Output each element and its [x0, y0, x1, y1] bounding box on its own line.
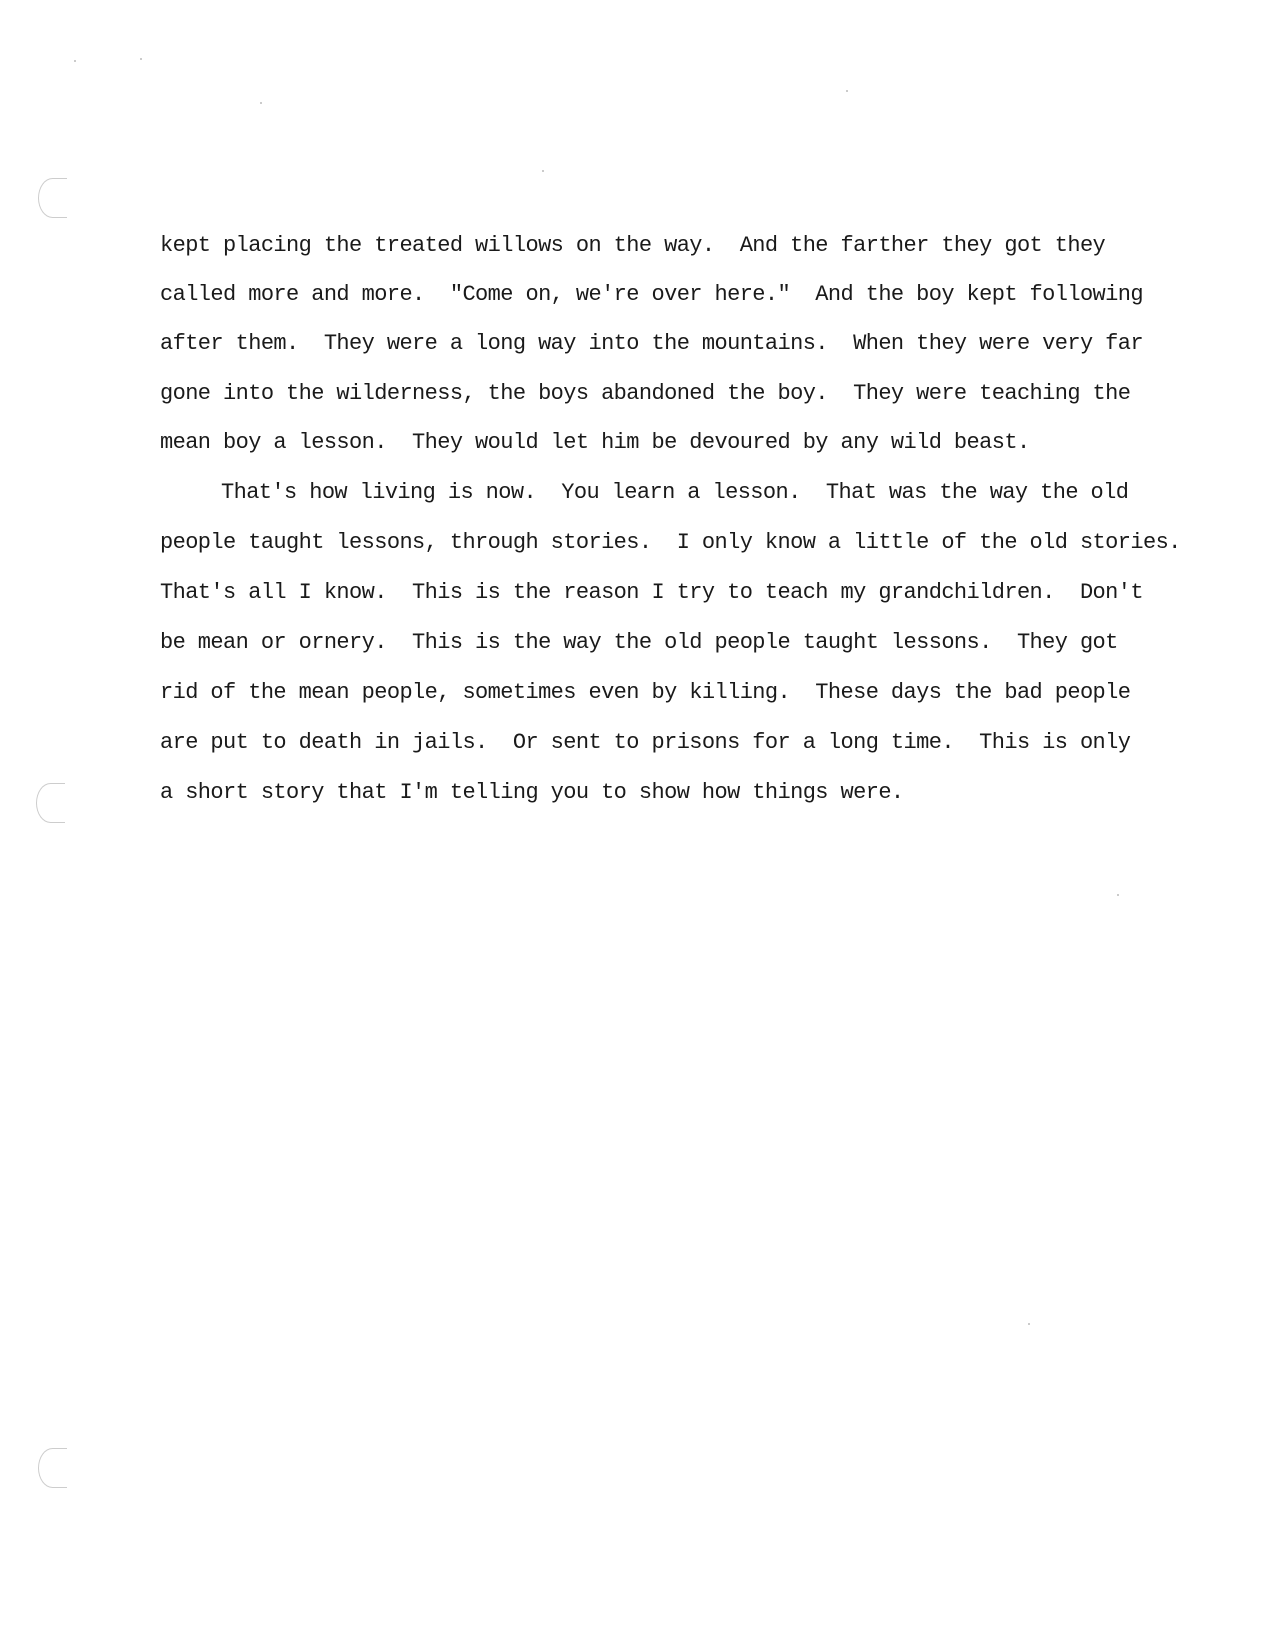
text-line: are put to death in jails. Or sent to pr… — [160, 730, 1130, 756]
text-line: kept placing the treated willows on the … — [160, 233, 1105, 259]
document-page: kept placing the treated willows on the … — [0, 0, 1275, 1650]
text-line: a short story that I'm telling you to sh… — [160, 780, 904, 806]
binder-hole-mark-middle — [36, 783, 65, 823]
scan-speck — [74, 60, 76, 62]
text-line: mean boy a lesson. They would let him be… — [160, 430, 1030, 456]
scan-speck — [260, 102, 262, 104]
text-line: people taught lessons, through stories. … — [160, 530, 1181, 556]
text-line: after them. They were a long way into th… — [160, 331, 1143, 357]
scan-speck — [846, 90, 848, 92]
text-line: That's how living is now. You learn a le… — [221, 480, 1128, 506]
scan-speck — [542, 170, 544, 172]
binder-hole-mark-top — [38, 178, 67, 218]
text-line: gone into the wilderness, the boys aband… — [160, 381, 1130, 407]
text-line: be mean or ornery. This is the way the o… — [160, 630, 1118, 656]
text-line: That's all I know. This is the reason I … — [160, 580, 1143, 606]
scan-speck — [1028, 1323, 1030, 1325]
text-line: called more and more. "Come on, we're ov… — [160, 282, 1143, 308]
scan-speck — [140, 58, 142, 60]
scan-speck — [1117, 894, 1119, 896]
text-line: rid of the mean people, sometimes even b… — [160, 680, 1130, 706]
binder-hole-mark-bottom — [38, 1448, 67, 1488]
